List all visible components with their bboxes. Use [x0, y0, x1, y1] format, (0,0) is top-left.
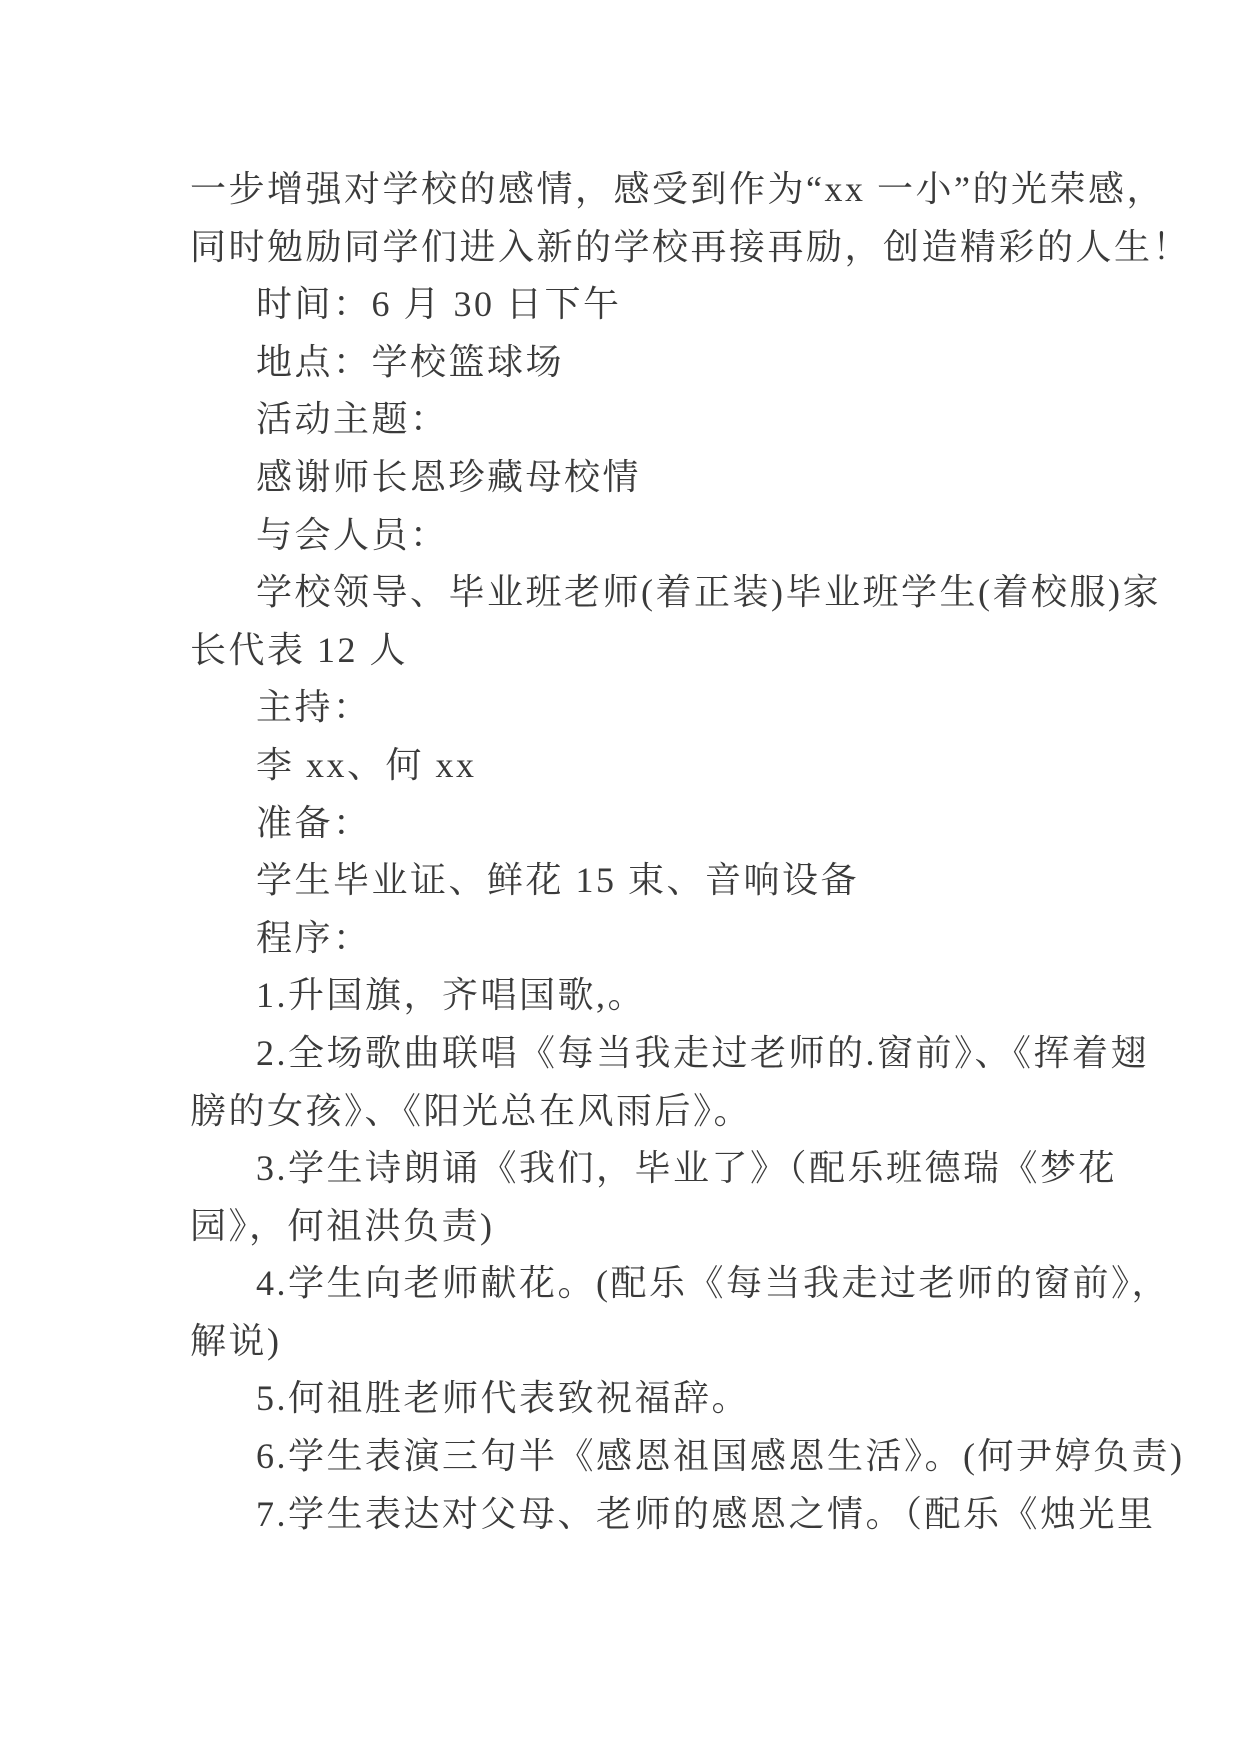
text-line: 6.学生表演三句半《感恩祖国感恩生活》。(何尹婷负责) — [190, 1428, 1090, 1486]
text-line: 地点：学校篮球场 — [190, 334, 1090, 392]
text-line: 活动主题： — [190, 391, 1090, 449]
text-line: 4.学生向老师献花。(配乐《每当我走过老师的窗前》， — [190, 1255, 1090, 1313]
text-line: 1.升国旗，齐唱国歌,。 — [190, 967, 1090, 1025]
text-line: 5.何祖胜老师代表致祝福辞。 — [190, 1370, 1090, 1428]
text-line: 学生毕业证、鲜花 15 束、音响设备 — [190, 852, 1090, 910]
document-text-body: 一步增强对学校的感情，感受到作为“xx 一小”的光荣感，同时勉励同学们进入新的学… — [190, 161, 1090, 1543]
text-line: 主持： — [190, 679, 1090, 737]
text-line: 准备： — [190, 795, 1090, 853]
text-line: 一步增强对学校的感情，感受到作为“xx 一小”的光荣感， — [190, 161, 1090, 219]
text-line: 感谢师长恩珍藏母校情 — [190, 449, 1090, 507]
text-line: 学校领导、毕业班老师(着正装)毕业班学生(着校服)家 — [190, 564, 1090, 622]
text-line: 与会人员： — [190, 507, 1090, 565]
text-line: 膀的女孩》、《阳光总在风雨后》。 — [190, 1083, 1090, 1141]
text-line: 解说) — [190, 1313, 1090, 1371]
document-page: 一步增强对学校的感情，感受到作为“xx 一小”的光荣感，同时勉励同学们进入新的学… — [0, 0, 1241, 1754]
text-line: 李 xx、何 xx — [190, 737, 1090, 795]
text-line: 长代表 12 人 — [190, 622, 1090, 680]
text-line: 7.学生表达对父母、老师的感恩之情。（配乐《烛光里 — [190, 1486, 1090, 1544]
text-line: 2.全场歌曲联唱《每当我走过老师的.窗前》、《挥着翅 — [190, 1025, 1090, 1083]
text-line: 时间：6 月 30 日下午 — [190, 276, 1090, 334]
text-line: 同时勉励同学们进入新的学校再接再励，创造精彩的人生！ — [190, 219, 1090, 277]
text-line: 程序： — [190, 910, 1090, 968]
text-line: 3.学生诗朗诵《我们，毕业了》（配乐班德瑞《梦花 — [190, 1140, 1090, 1198]
text-line: 园》，何祖洪负责) — [190, 1198, 1090, 1256]
